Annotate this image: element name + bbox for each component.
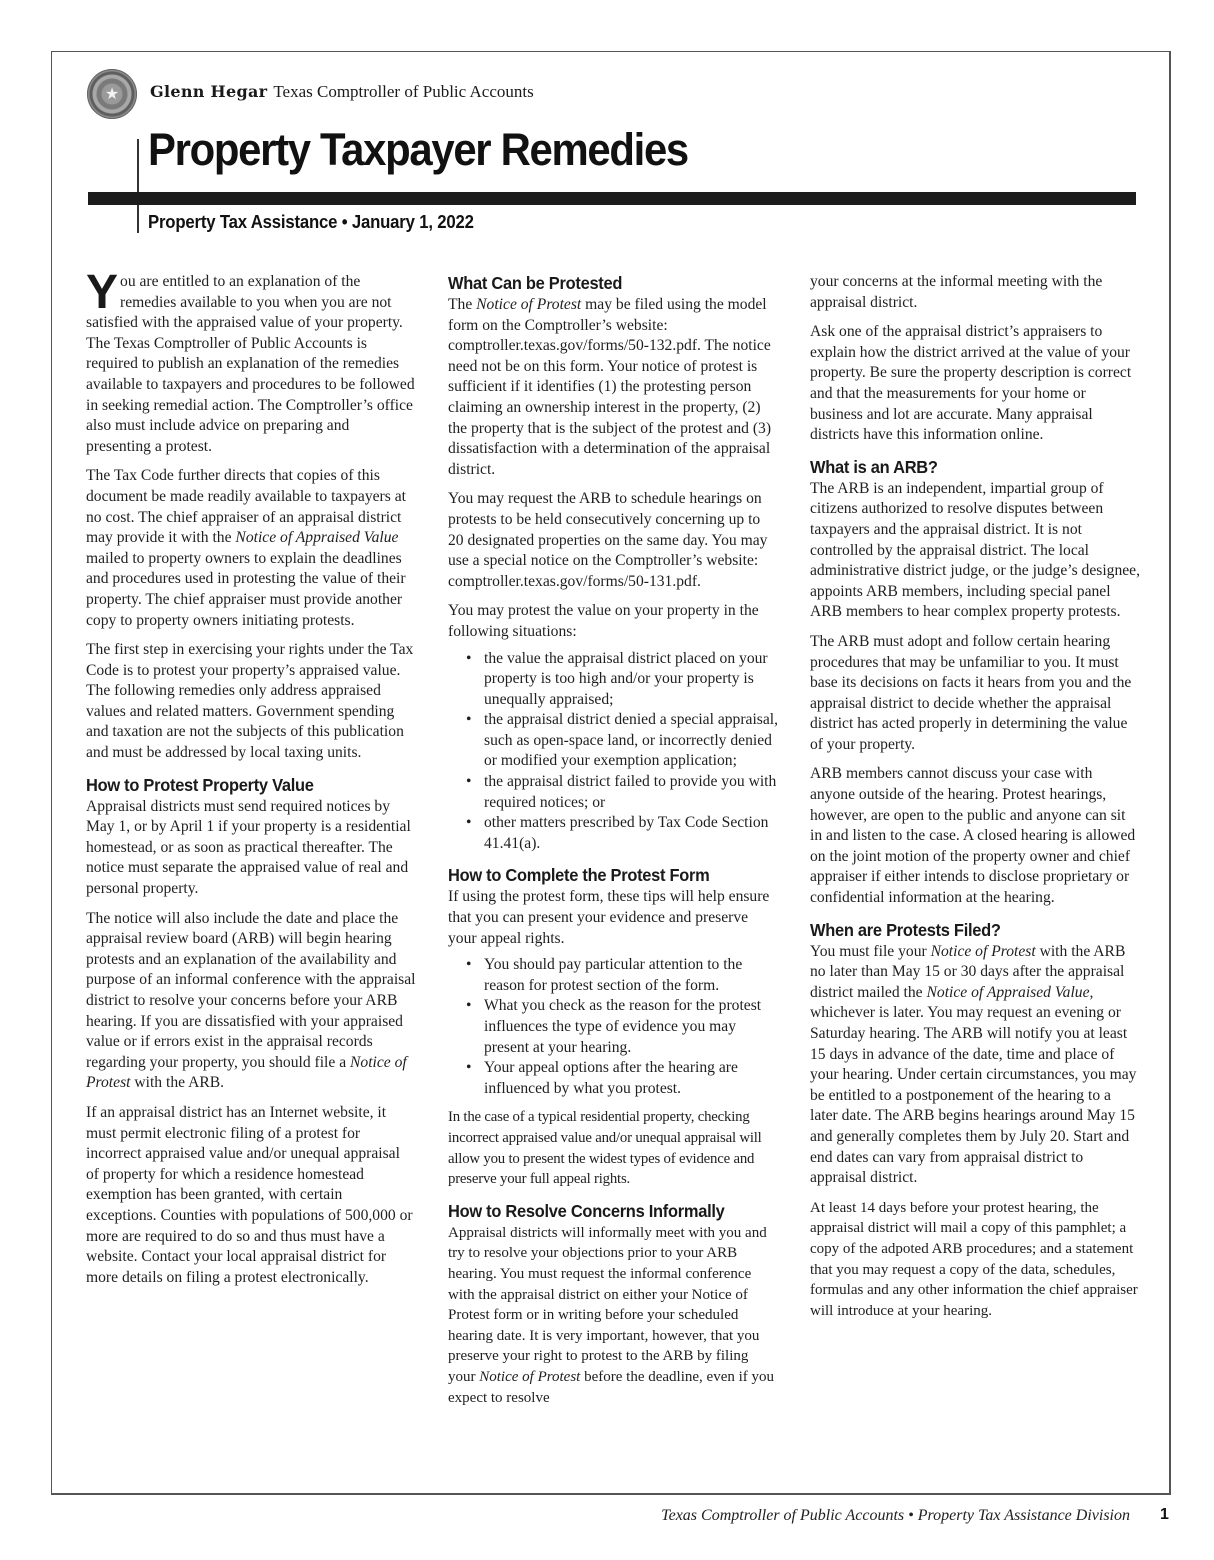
what-can-be-protested-paragraph-3: You may protest the value on your proper… [448, 601, 778, 642]
what-can-be-protested-paragraph-1: The Notice of Protest may be filed using… [448, 295, 778, 480]
intro-paragraph-3: The first step in exercising your rights… [86, 640, 416, 764]
title-rule-bottom [137, 205, 139, 233]
texas-comptroller-seal-icon: ★ [87, 69, 137, 119]
complete-form-paragraph-1: If using the protest form, these tips wi… [448, 887, 778, 949]
comptroller-org: Texas Comptroller of Public Accounts [273, 82, 533, 101]
star-icon: ★ [87, 69, 137, 119]
protest-situations-list: the value the appraisal district placed … [448, 649, 778, 855]
column-2: What Can be Protested The Notice of Prot… [448, 272, 778, 1417]
list-item: the appraisal district denied a special … [484, 710, 778, 772]
how-to-protest-paragraph-1: Appraisal districts must send required n… [86, 797, 416, 900]
title-rule-top [137, 139, 139, 192]
section-heading-what-is-arb: What is an ARB? [810, 456, 1120, 478]
list-item: You should pay particular attention to t… [484, 955, 778, 996]
page-footer: Texas Comptroller of Public Accounts • P… [640, 1507, 1130, 1525]
when-filed-paragraph-1: You must file your Notice of Protest wit… [810, 942, 1140, 1189]
page-number: 1 [1160, 1506, 1169, 1524]
how-to-protest-paragraph-2: The notice will also include the date an… [86, 909, 416, 1094]
how-to-protest-paragraph-3: If an appraisal district has an Internet… [86, 1103, 416, 1288]
comptroller-name: Glenn Hegar [150, 82, 267, 101]
section-heading-when-filed: When are Protests Filed? [810, 919, 1120, 941]
column-3: your concerns at the informal meeting wi… [810, 272, 1140, 1330]
page-subtitle: Property Tax Assistance • January 1, 202… [148, 212, 474, 233]
what-is-arb-paragraph-2: The ARB must adopt and follow certain he… [810, 632, 1140, 756]
column-1: You are entitled to an explanation of th… [86, 272, 416, 1297]
section-heading-what-can-be-protested: What Can be Protested [448, 272, 758, 294]
list-item: other matters prescribed by Tax Code Sec… [484, 813, 778, 854]
title-divider-bar [88, 192, 1136, 205]
intro-paragraph-2: The Tax Code further directs that copies… [86, 466, 416, 631]
what-can-be-protested-paragraph-2: You may request the ARB to schedule hear… [448, 489, 778, 592]
list-item: the value the appraisal district placed … [484, 649, 778, 711]
list-item: Your appeal options after the hearing ar… [484, 1058, 778, 1099]
section-heading-complete-form: How to Complete the Protest Form [448, 864, 758, 886]
resolve-informally-paragraph-1-part-a: Appraisal districts will informally meet… [448, 1223, 778, 1408]
intro-paragraph-1: You are entitled to an explanation of th… [86, 272, 416, 457]
what-is-arb-paragraph-1: The ARB is an independent, impartial gro… [810, 479, 1140, 623]
dropcap: Y [86, 275, 118, 311]
section-heading-resolve-informally: How to Resolve Concerns Informally [448, 1200, 758, 1222]
protest-form-tips-list: You should pay particular attention to t… [448, 955, 778, 1099]
page-title: Property Taxpayer Remedies [148, 124, 688, 176]
list-item: What you check as the reason for the pro… [484, 996, 778, 1058]
resolve-informally-paragraph-1-part-b: your concerns at the informal meeting wi… [810, 272, 1140, 313]
what-is-arb-paragraph-3: ARB members cannot discuss your case wit… [810, 764, 1140, 908]
section-heading-how-to-protest: How to Protest Property Value [86, 774, 396, 796]
resolve-informally-paragraph-2: Ask one of the appraisal district’s appr… [810, 322, 1140, 446]
header-byline: Glenn HegarTexas Comptroller of Public A… [150, 82, 534, 102]
when-filed-paragraph-2: At least 14 days before your protest hea… [810, 1198, 1140, 1322]
list-item: the appraisal district failed to provide… [484, 772, 778, 813]
complete-form-paragraph-2: In the case of a typical residential pro… [448, 1107, 778, 1189]
